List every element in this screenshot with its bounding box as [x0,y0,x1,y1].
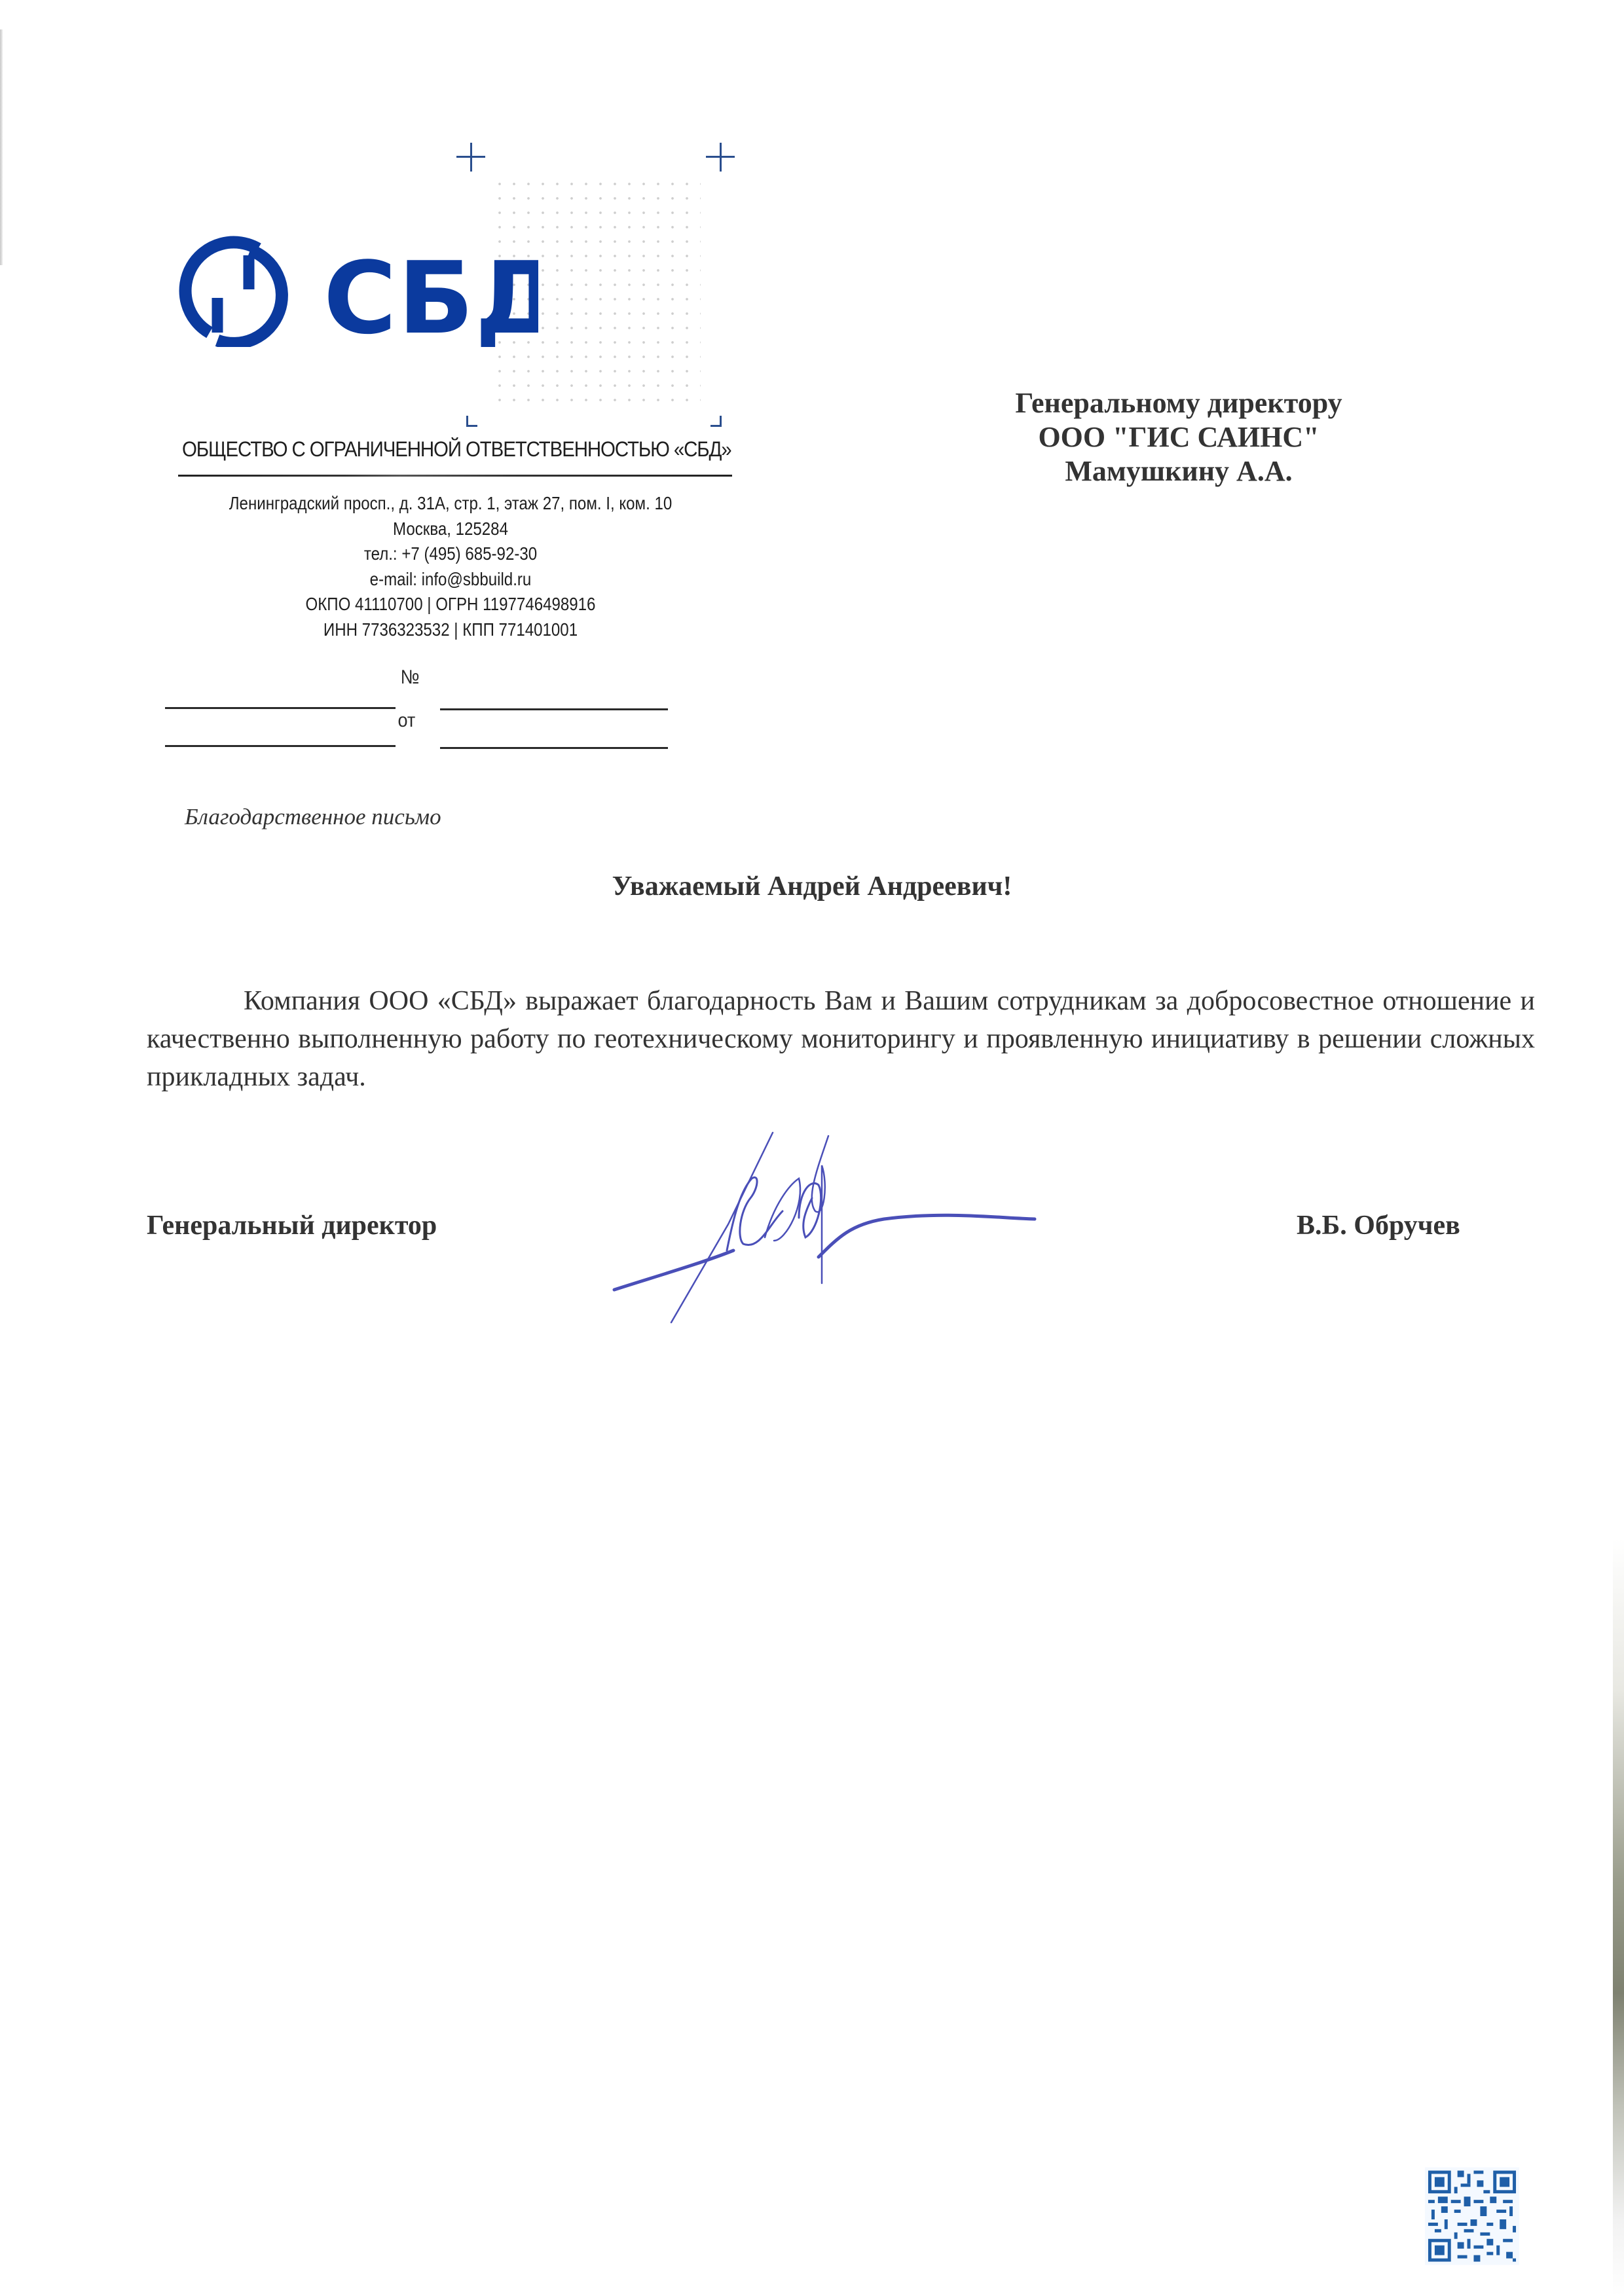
qr-code-icon [1425,2167,1519,2265]
company-city: Москва, 125284 [219,517,681,542]
registration-corner-icon [710,416,722,427]
addressee-name: Мамушкину А.А. [950,454,1408,488]
document-type: Благодарственное письмо [185,804,441,830]
company-details: Ленинградский просп., д. 31А, стр. 1, эт… [182,491,719,642]
addressee-position: Генеральному директору [950,386,1408,420]
reference-number-field-left [165,707,396,709]
registration-mark-plus-icon [706,143,735,172]
company-registry-codes-1: ОКПО 41110700 | ОГРН 1197746498916 [219,592,681,617]
company-email: e-mail: info@sbbuild.ru [219,567,681,592]
company-full-name: ОБЩЕСТВО С ОГРАНИЧЕННОЙ ОТВЕТСТВЕННОСТЬЮ… [182,437,687,462]
divider [178,475,732,477]
company-phone: тел.: +7 (495) 685-92-30 [219,541,681,567]
addressee-company: ООО "ГИС САИНС" [950,420,1408,454]
signer-name: В.Б. Обручев [1297,1210,1460,1241]
scan-edge-right [1613,1539,1624,2296]
sbd-ring-logo-icon: СБД [172,236,538,347]
salutation: Уважаемый Андрей Андреевич! [131,871,1493,902]
registration-corner-icon [466,416,477,427]
scan-edge-left [0,29,3,265]
reference-date-label: от [397,710,415,732]
reference-date-field [440,747,668,749]
reference-date-field-left [165,745,396,747]
handwritten-signature-icon [602,1113,1153,1336]
company-registry-codes-2: ИНН 7736323532 | КПП 771401001 [219,617,681,643]
registration-mark-plus-icon [456,143,485,172]
addressee-block: Генеральному директору ООО "ГИС САИНС" М… [950,386,1408,488]
company-logo: СБД [172,236,538,347]
signer-title: Генеральный директор [147,1210,437,1241]
reference-number-label: № [401,666,420,689]
reference-number-field [440,708,668,710]
letter-body: Компания ООО «СБД» выражает благодарност… [147,982,1535,1096]
company-address: Ленинградский просп., д. 31А, стр. 1, эт… [219,491,681,517]
logo-text: СБД [323,240,538,347]
